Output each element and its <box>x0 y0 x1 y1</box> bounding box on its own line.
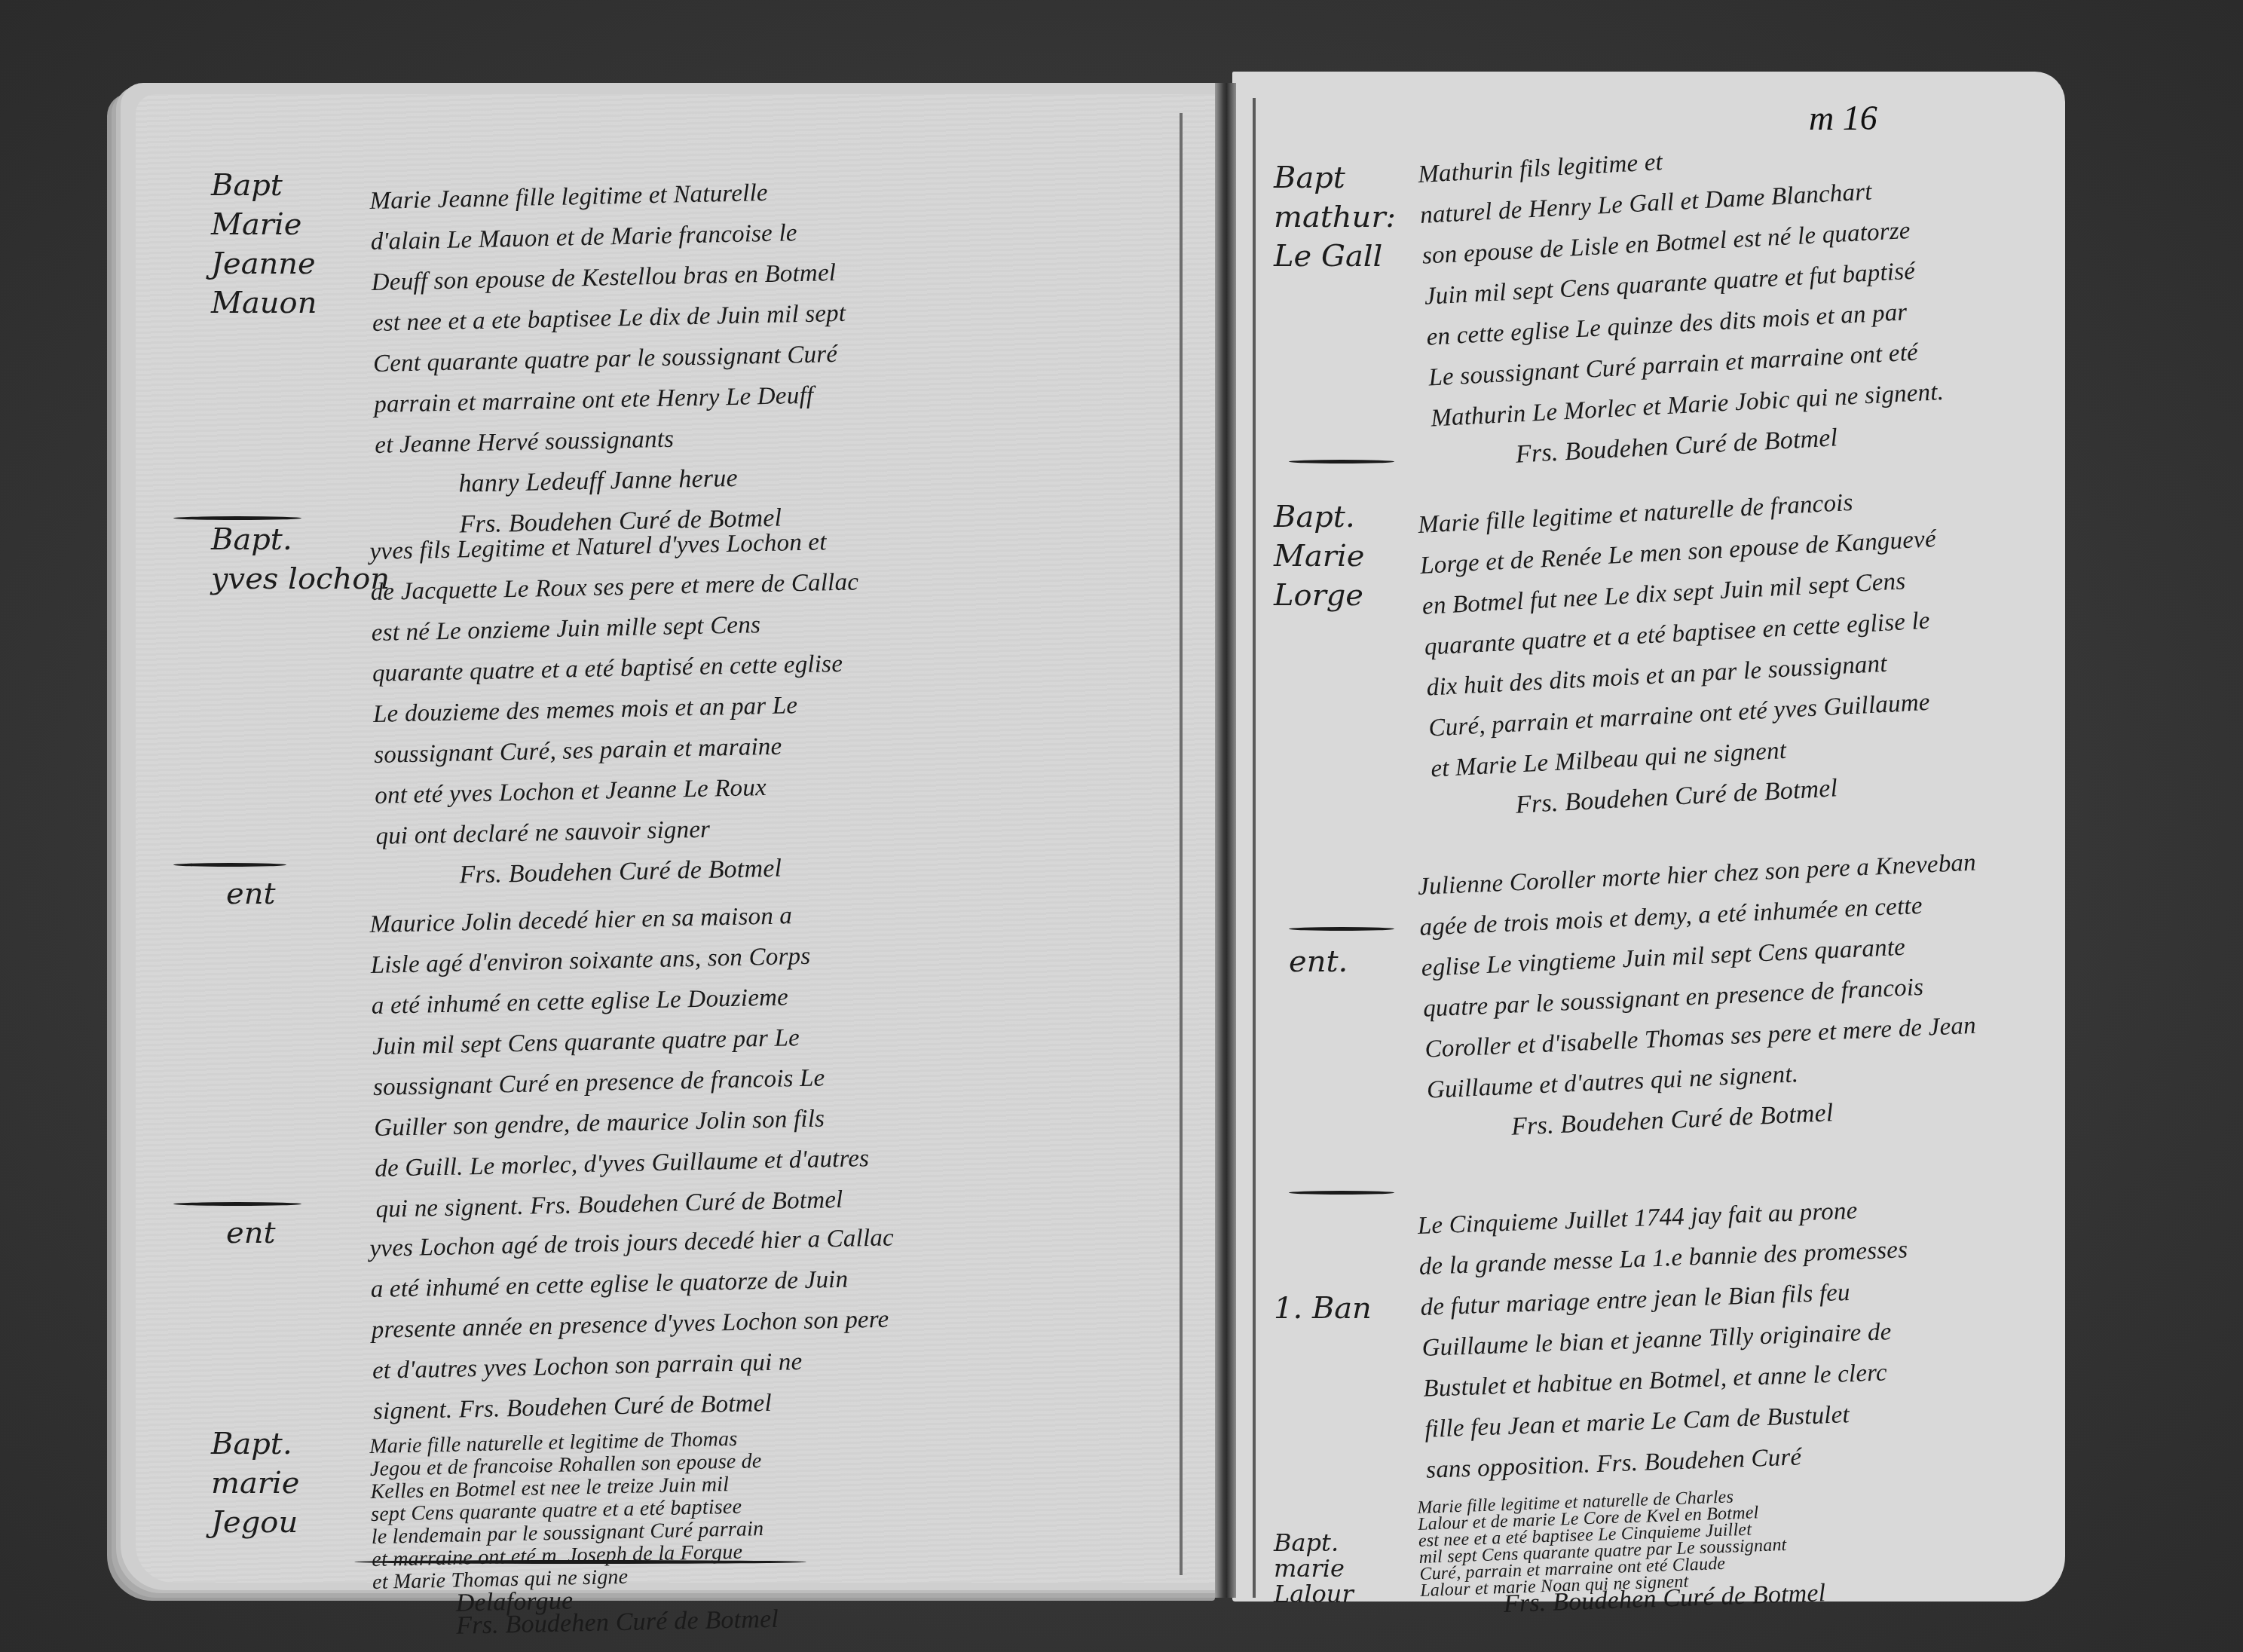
margin-line: mathur: <box>1274 197 1396 237</box>
margin-line: marie <box>1274 1556 1354 1581</box>
margin-line: Marie <box>1274 537 1364 576</box>
margin-line: Jegou <box>211 1503 299 1542</box>
margin-note-baptism-yves-lochon: Bapt. yves lochon <box>211 520 390 598</box>
entry-baptism-marie-lorge: Marie fille legitime et naturelle de fra… <box>1417 478 1950 830</box>
separator-flourish <box>173 1202 301 1206</box>
separator-flourish <box>354 1560 806 1564</box>
entry-baptism-marie-jegou: Marie fille naturelle et legitime de Tho… <box>369 1427 779 1639</box>
entry-baptism-marie-jeanne-mauon: Marie Jeanne fille legitime et Naturelle… <box>369 171 850 547</box>
margin-note-baptism-marie-jegou: Bapt. marie Jegou <box>211 1424 299 1542</box>
margin-note-baptism-marie-lalour: Bapt. marie Lalour <box>1274 1530 1354 1607</box>
entry-burial-julienne-coroller: Julienne Coroller morte hier chez son pe… <box>1417 843 1987 1152</box>
margin-line: Bapt <box>1274 158 1396 197</box>
margin-line: Bapt. <box>1274 497 1364 537</box>
book-gutter <box>1215 83 1236 1598</box>
margin-line: yves lochon <box>211 559 390 598</box>
margin-line: Jeanne <box>211 244 317 283</box>
margin-line: Bapt. <box>211 520 390 559</box>
margin-note-baptism-marie-jeanne-mauon: Bapt Marie Jeanne Mauon <box>211 166 317 323</box>
margin-line: 1. Ban <box>1274 1289 1372 1328</box>
margin-line: Lorge <box>1274 576 1364 615</box>
entry-baptism-yves-lochon: yves fils Legitime et Naturel d'yves Loc… <box>369 521 865 897</box>
entry-marriage-bann-le-bian-le-clerc: Le Cinquieme Juillet 1744 jay fait au pr… <box>1417 1189 1915 1490</box>
margin-note-baptism-mathurin-le-gall: Bapt mathur: Le Gall <box>1274 158 1396 276</box>
margin-line: Le Gall <box>1274 237 1396 276</box>
separator-flourish <box>1289 927 1394 931</box>
separator-flourish <box>1289 1191 1394 1195</box>
margin-line: Bapt. <box>211 1424 299 1464</box>
margin-line: Lalour <box>1274 1581 1354 1607</box>
margin-line: Mauon <box>211 283 317 323</box>
margin-note-baptism-marie-lorge: Bapt. Marie Lorge <box>1274 497 1364 615</box>
separator-flourish <box>173 863 286 867</box>
separator-flourish <box>1289 460 1394 463</box>
margin-note-burial-yves-lochon: ent <box>226 1213 276 1253</box>
margin-note-first-bann: 1. Ban <box>1274 1289 1372 1328</box>
margin-line: marie <box>211 1464 299 1503</box>
entry-baptism-marie-lalour: Marie fille legitime et naturelle de Cha… <box>1417 1485 1826 1616</box>
margin-note-burial-julienne-coroller: ent. <box>1289 942 1348 981</box>
left-page-margin-rule <box>1180 113 1183 1575</box>
entry-baptism-mathurin-le-gall: Mathurin fils legitime et naturel de Hen… <box>1417 127 1947 479</box>
margin-note-burial-maurice-jolin: ent <box>226 874 276 913</box>
right-page-margin-rule <box>1253 98 1256 1598</box>
margin-line: ent <box>226 1213 276 1253</box>
margin-line: Marie <box>211 205 317 244</box>
separator-flourish <box>173 516 301 520</box>
open-register-book: m 16 Bapt Marie Jeanne Mauon Marie Jeann… <box>113 53 2073 1598</box>
page-number-mark: m <box>1809 99 1834 137</box>
margin-line: ent. <box>1289 942 1348 981</box>
margin-line: ent <box>226 874 276 913</box>
entry-burial-maurice-jolin: Maurice Jolin decedé hier en sa maison a… <box>369 894 871 1230</box>
margin-line: Bapt <box>211 166 317 205</box>
entry-burial-yves-lochon: yves Lochon agé de trois jours decedé hi… <box>369 1217 898 1432</box>
margin-line: Bapt. <box>1274 1530 1354 1556</box>
